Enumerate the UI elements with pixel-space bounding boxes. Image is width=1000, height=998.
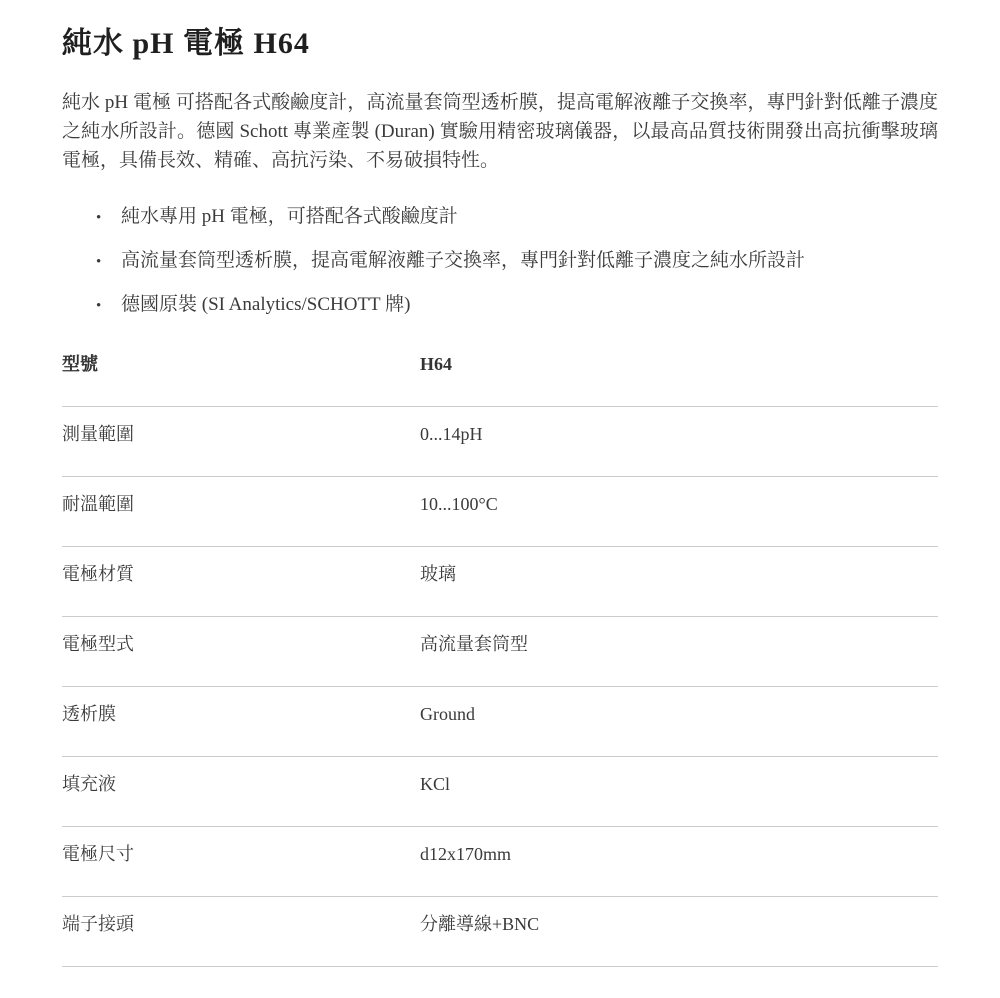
feature-list: • 純水專用 pH 電極，可搭配各式酸鹼度計 • 高流量套筒型透析膜，提高電解液… [62, 205, 938, 317]
product-page: 純水 pH 電極 H64 純水 pH 電極 可搭配各式酸鹼度計，高流量套筒型透析… [0, 0, 1000, 998]
spec-value: KCl [420, 757, 938, 827]
spec-value: Ground [420, 687, 938, 757]
bullet-icon: • [96, 206, 101, 230]
spec-label: 型號 [62, 337, 420, 407]
spec-label: 填充液 [62, 757, 420, 827]
bullet-icon: • [96, 294, 101, 318]
spec-label: 端子接頭 [62, 897, 420, 967]
spec-row-connector: 端子接頭 分離導線+BNC [62, 897, 938, 967]
feature-text: 純水專用 pH 電極，可搭配各式酸鹼度計 [121, 206, 458, 227]
spec-row-temp-range: 耐溫範圍 10...100°C [62, 477, 938, 547]
spec-label: 透析膜 [62, 687, 420, 757]
spec-value: 玻璃 [420, 547, 938, 617]
spec-row-measure-range: 測量範圍 0...14pH [62, 407, 938, 477]
feature-item: • 德國原裝 (SI Analytics/SCHOTT 牌) [94, 293, 938, 317]
spec-label: 電極型式 [62, 617, 420, 687]
feature-text: 德國原裝 (SI Analytics/SCHOTT 牌) [121, 294, 410, 315]
spec-value: 0...14pH [420, 407, 938, 477]
spec-row-model: 型號 H64 [62, 337, 938, 407]
bullet-icon: • [96, 250, 101, 274]
spec-row-filling-solution: 填充液 KCl [62, 757, 938, 827]
page-title: 純水 pH 電極 H64 [62, 26, 938, 62]
spec-row-dialysis-membrane: 透析膜 Ground [62, 687, 938, 757]
spec-value: 分離導線+BNC [420, 897, 938, 967]
spec-row-electrode-type: 電極型式 高流量套筒型 [62, 617, 938, 687]
spec-value: 10...100°C [420, 477, 938, 547]
spec-row-electrode-material: 電極材質 玻璃 [62, 547, 938, 617]
spec-value: 高流量套筒型 [420, 617, 938, 687]
intro-paragraph: 純水 pH 電極 可搭配各式酸鹼度計，高流量套筒型透析膜，提高電解液離子交換率，… [62, 88, 938, 175]
feature-item: • 純水專用 pH 電極，可搭配各式酸鹼度計 [94, 205, 938, 229]
spec-label: 耐溫範圍 [62, 477, 420, 547]
spec-value: H64 [420, 337, 938, 407]
feature-text: 高流量套筒型透析膜，提高電解液離子交換率，專門針對低離子濃度之純水所設計 [121, 250, 805, 271]
spec-row-electrode-size: 電極尺寸 d12x170mm [62, 827, 938, 897]
spec-label: 電極尺寸 [62, 827, 420, 897]
spec-value: d12x170mm [420, 827, 938, 897]
spec-label: 電極材質 [62, 547, 420, 617]
feature-item: • 高流量套筒型透析膜，提高電解液離子交換率，專門針對低離子濃度之純水所設計 [94, 249, 938, 273]
spec-table: 型號 H64 測量範圍 0...14pH 耐溫範圍 10...100°C 電極材… [62, 337, 938, 967]
spec-label: 測量範圍 [62, 407, 420, 477]
